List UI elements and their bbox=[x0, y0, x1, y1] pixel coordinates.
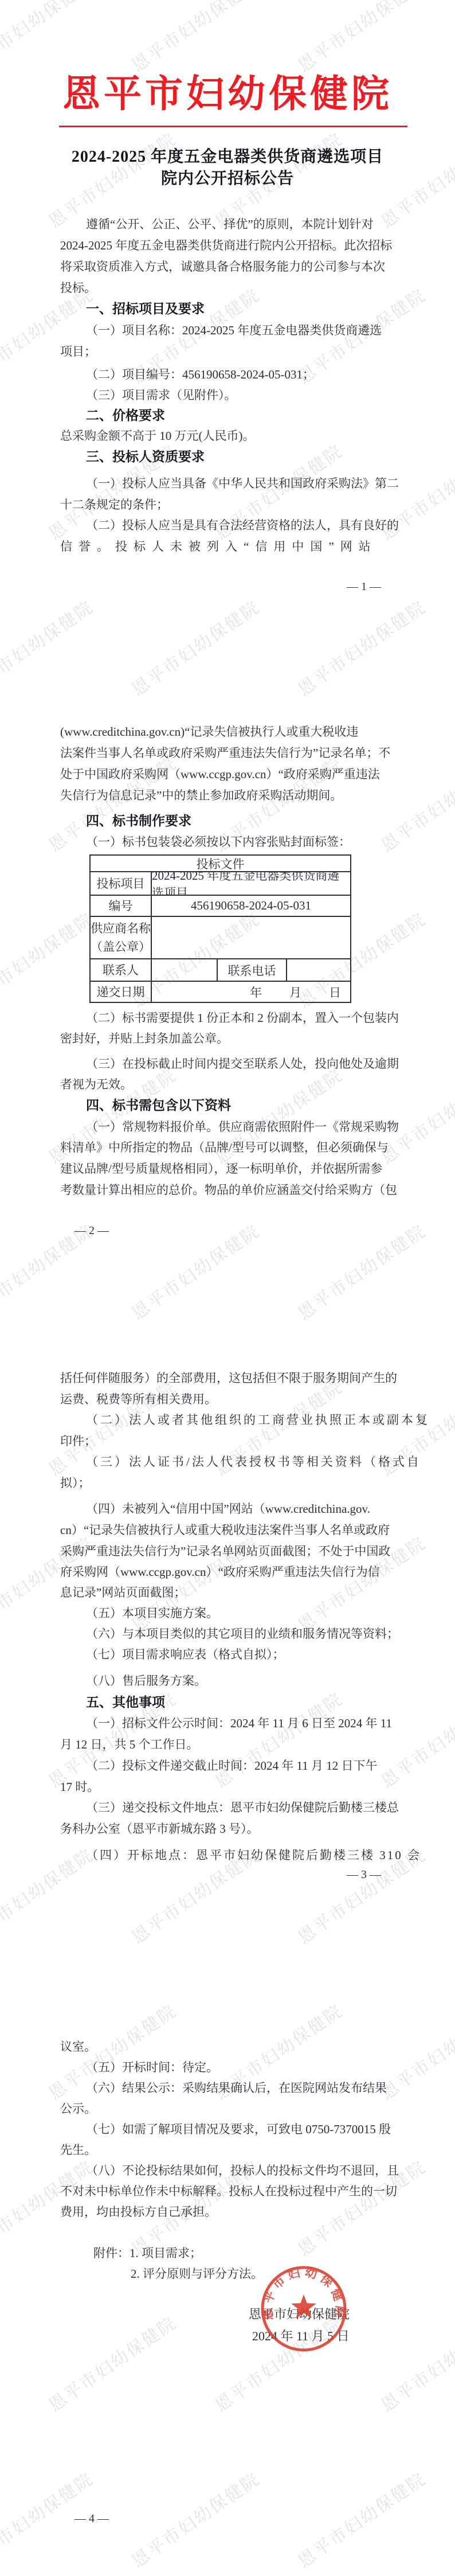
table-title-cell: 投标文件 bbox=[91, 856, 350, 871]
text-line: 括任何伴随服务）的全部费用，这包括但不限于服务期间产生的 bbox=[60, 1371, 397, 1386]
text-line: 项目； bbox=[60, 344, 96, 360]
text-line: （一）投标人应当具备《中华人民共和国政府采购法》第二 bbox=[86, 476, 399, 491]
text-line: （八）不论投标结果如何，投标人的投标文件均不退回，且 bbox=[86, 2163, 399, 2179]
watermark-text: 恩平市妇幼保健院 bbox=[292, 0, 430, 77]
text-line: （七）项目需求响应表（格式自拟）； bbox=[86, 1647, 285, 1662]
text-line: 月 12 日，共 5 个工作日。 bbox=[60, 1737, 199, 1753]
document-title-line1: 2024-2025 年度五金电器类供货商遴选项目 bbox=[0, 144, 455, 167]
text-line: （三）法人证书/法人代表授权书等相关资料（格式自 bbox=[86, 1454, 421, 1470]
bid-cover-label-table: 投标文件 投标项目 2024-2025 年度五金电器类供货商遴选项目 编号 45… bbox=[89, 854, 351, 1003]
masthead-red-rule bbox=[59, 126, 407, 127]
text-line: 二、价格要求 bbox=[86, 408, 165, 423]
table-phone-label-cell: 联系电话 bbox=[217, 959, 286, 981]
text-line: （二）投标文件递交截止时间：2024 年 11 月 12 日下午 bbox=[86, 1758, 377, 1774]
text-line: （三）项目需求（见附件）。 bbox=[86, 388, 237, 403]
text-line: （五）本项目实施方案。 bbox=[86, 1606, 218, 1621]
text-line: 一、招标项目及要求 bbox=[86, 301, 205, 317]
text-line: 附件：1. 项目需求； bbox=[93, 2246, 202, 2261]
text-line: 先生。 bbox=[60, 2142, 96, 2158]
text-line: 四、标书需包含以下资料 bbox=[86, 1098, 231, 1113]
text-line: （一）项目名称：2024-2025 年度五金电器类供货商遴选 bbox=[86, 323, 382, 338]
scanned-bid-announcement-document: 恩平市妇幼保健院恩平市妇幼保健院恩平市妇幼保健院恩平市妇幼保健院恩平市妇幼保健院… bbox=[0, 0, 455, 2576]
text-line: 拟）； bbox=[60, 1476, 91, 1491]
text-line: 府采购网（www.ccgp.gov.cn）“政府采购严重违法失信行为信 bbox=[60, 1564, 380, 1580]
text-line: （二）标书需要提供 1 份正本和 2 份副本，置入一个包装内 bbox=[86, 1010, 399, 1026]
table-number-label-cell: 编号 bbox=[91, 896, 151, 916]
watermark-text: 恩平市妇幼保健院 bbox=[0, 0, 98, 77]
text-line: 2024-2025 年度五金电器类供货商进行院内公开招标。此次招标 bbox=[60, 238, 392, 253]
text-line: （七）如需了解项目情况及要求，可致电 0750-7370015 殷 bbox=[86, 2122, 391, 2137]
watermark-text: 恩平市妇幼保健院 bbox=[125, 0, 264, 77]
table-contact-value-cell bbox=[151, 959, 217, 981]
watermark-text: 恩平市妇幼保健院 bbox=[209, 1685, 347, 1792]
seal-curved-text: 恩平市妇幼保健院 bbox=[260, 2265, 347, 2322]
table-supplier-label-cell: 供应商名称 （盖公章） bbox=[91, 917, 151, 958]
text-line: （一）招标文件公示时间：2024 年 11 月 6 日至 2024 年 11 bbox=[86, 1716, 392, 1731]
text-line: （六）与本项目类似的其它项目的业绩和服务情况等资料； bbox=[86, 1626, 399, 1642]
text-line: 务科办公室（恩平市新城东路 3 号）。 bbox=[60, 1821, 259, 1837]
text-line: （六）结果公示：采购结果确认后，在医院网站发布结果 bbox=[86, 2081, 387, 2096]
text-line: （二）法人或者其他组织的工商营业执照正本或副本复 bbox=[86, 1412, 430, 1428]
text-line: （四）开标地点：恩平市妇幼保健院后勤楼三楼 310 会 bbox=[86, 1848, 421, 1863]
watermark-text: 恩平市妇幼保健院 bbox=[375, 1685, 455, 1792]
table-date-value-cell: 年 月 日 bbox=[151, 982, 350, 1002]
watermark-text: 恩平市妇幼保健院 bbox=[0, 905, 98, 1012]
text-line: 信誉。投标人未被列入“信用中国”网站 bbox=[60, 539, 377, 555]
text-line: 采购严重违法失信行为”记录名单网站页面截图；不处于中国政 bbox=[60, 1544, 390, 1559]
page-number: — 1 — bbox=[330, 579, 398, 595]
table-project-label-cell: 投标项目 bbox=[91, 872, 151, 895]
svg-text:恩平市妇幼保健院: 恩平市妇幼保健院 bbox=[260, 2265, 347, 2322]
text-line: 印件； bbox=[60, 1434, 96, 1449]
supplier-label-line2: （盖公章） bbox=[91, 938, 151, 956]
table-supplier-value-cell bbox=[151, 917, 350, 958]
watermark-text: 恩平市妇幼保健院 bbox=[125, 1217, 264, 1324]
text-line: （三）递交投标文件地点：恩平市妇幼保健院后勤楼三楼总 bbox=[86, 1800, 399, 1816]
document-title-line2: 院内公开招标公告 bbox=[0, 166, 455, 189]
watermark-text: 恩平市妇幼保健院 bbox=[375, 1997, 455, 2104]
watermark-text: 恩平市妇幼保健院 bbox=[0, 281, 98, 388]
text-line: （八）售后服务方案。 bbox=[86, 1673, 206, 1689]
official-seal: 恩平市妇幼保健院 bbox=[257, 2262, 351, 2356]
watermark-text: 恩平市妇幼保健院 bbox=[125, 593, 264, 700]
text-line: 密封好，并贴上封条加盖公章。 bbox=[60, 1031, 229, 1047]
text-line: （五）开标时间：待定。 bbox=[86, 2060, 218, 2075]
page-number: — 4 — bbox=[57, 2511, 126, 2527]
text-line: 公示。 bbox=[60, 2101, 96, 2117]
text-line: 总采购金额不高于 10 万元(人民币)。 bbox=[60, 428, 255, 444]
text-line: 将采取资质准入方式，诚邀具备合格服务能力的公司参与本次 bbox=[60, 259, 385, 275]
text-line: （一）标书包装袋必须按以下内容张贴封面标签： bbox=[86, 834, 351, 850]
seal-star-icon bbox=[291, 2294, 316, 2319]
text-line: 法案件当事人名单或政府采购严重违法失信行为”记录名单；不 bbox=[60, 746, 390, 761]
text-line: （四）未被列入“信用中国”网站（www.creditchina.gov. bbox=[86, 1501, 370, 1517]
text-line: （三）在投标截止时间内提交至联系人处，投向他处及逾期 bbox=[86, 1056, 399, 1072]
watermark-text: 恩平市妇幼保健院 bbox=[375, 749, 455, 856]
text-line: （一）常规物料报价单。供应商需依照附件一《常规采购物 bbox=[86, 1119, 399, 1135]
watermark-text: 恩平市妇幼保健院 bbox=[42, 2309, 181, 2416]
watermark-text: 恩平市妇幼保健院 bbox=[292, 1217, 430, 1324]
table-date-label-cell: 递交日期 bbox=[91, 982, 151, 1002]
watermark-text: 恩平市妇幼保健院 bbox=[375, 2309, 455, 2416]
text-line: 四、标书制作要求 bbox=[86, 813, 191, 829]
text-line: 遵循“公开、公正、公平、择优”的原则，本院计划针对 bbox=[86, 217, 374, 232]
text-line: 费用，均由投标方自己承担。 bbox=[60, 2204, 217, 2220]
text-line: 17 时。 bbox=[60, 1779, 99, 1795]
text-line: cn）“记录失信被执行人或重大税收违法案件当事人名单或政府 bbox=[60, 1523, 390, 1538]
table-phone-value-cell bbox=[286, 959, 350, 981]
text-line: （二）项目编号：456190658-2024-05-031； bbox=[86, 367, 315, 383]
watermark-text: 恩平市妇幼保健院 bbox=[292, 2465, 430, 2572]
text-line: 失信行为信息记录”中的禁止参加政府采购活动期间。 bbox=[60, 788, 342, 803]
text-line: 不对未中标单位作未中标解释。投标人在投标过程中产生的一切 bbox=[60, 2184, 397, 2199]
text-line: 息记录”网站页面截图； bbox=[60, 1585, 186, 1601]
text-line: (www.creditchina.gov.cn)“记录失信被执行人或重大税收违 bbox=[60, 724, 358, 740]
text-line: 运费、税费等所有相关费用。 bbox=[60, 1392, 217, 1407]
table-project-value-cell: 2024-2025 年度五金电器类供货商遴选项目 bbox=[151, 872, 350, 895]
watermark-text: 恩平市妇幼保健院 bbox=[292, 593, 430, 700]
text-line: 处于中国政府采购网（www.ccgp.gov.cn）“政府采购严重违法 bbox=[60, 767, 380, 782]
watermark-text: 恩平市妇幼保健院 bbox=[125, 2465, 264, 2572]
page-number: — 3 — bbox=[330, 1867, 398, 1883]
text-line: 五、其他事项 bbox=[86, 1695, 165, 1710]
page-number: — 2 — bbox=[57, 1223, 126, 1239]
text-line: 者视为无效。 bbox=[60, 1077, 132, 1092]
supplier-label-line1: 供应商名称 bbox=[91, 919, 151, 938]
watermark-text: 恩平市妇幼保健院 bbox=[0, 593, 98, 700]
text-line: 三、投标人资质要求 bbox=[86, 449, 205, 465]
text-line: 料清单》中所指定的物品（品牌/型号可以调整，但必须确保与 bbox=[60, 1140, 389, 1156]
watermark-text: 恩平市妇幼保健院 bbox=[0, 1841, 98, 1948]
table-number-value-cell: 456190658-2024-05-031 bbox=[151, 896, 350, 916]
text-line: （二）投标人应当是具有合法经营资格的法人，具有良好的 bbox=[86, 518, 399, 533]
hospital-masthead-title: 恩平市妇幼保健院 bbox=[0, 72, 455, 117]
table-contact-label-cell: 联系人 bbox=[91, 959, 151, 981]
text-line: 议室。 bbox=[60, 2039, 96, 2055]
text-line: 2. 评分原则与评分方法。 bbox=[131, 2266, 263, 2282]
text-line: 投标。 bbox=[60, 280, 96, 296]
text-line: 建议品牌/型号质量规格相同），逐一标明单价，并依据所需参 bbox=[60, 1161, 382, 1177]
text-line: 十二条规定的条件； bbox=[60, 497, 168, 513]
text-line: 考数量计算出相应的总价。物品的单价应涵盖交付给采购方（包 bbox=[60, 1182, 397, 1198]
